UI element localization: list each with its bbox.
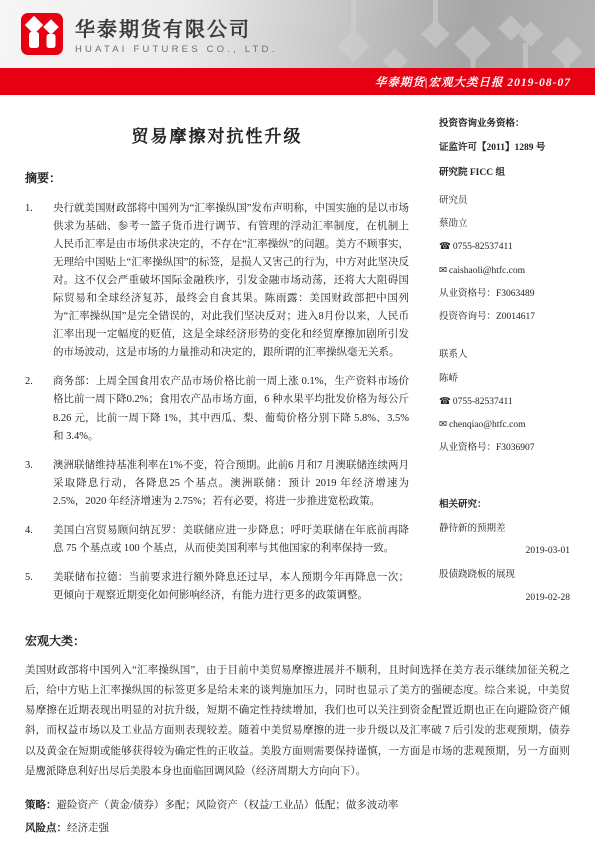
item-number: 1. xyxy=(25,200,53,362)
researcher-cert-number: 从业资格号：F3063489 xyxy=(439,287,570,301)
related-research-title: 股债跷跷板的展现 xyxy=(439,568,570,582)
item-text: 美联储布拉德：当前要求进行额外降息还过早，本人预期今年再降息一次；更倾向于观察近… xyxy=(53,569,409,605)
phone-icon: ☎ xyxy=(439,241,451,252)
contact-label: 联系人 xyxy=(439,348,570,362)
macro-paragraph: 美国财政部将中国列入“汇率操纵国”，由于目前中美贸易摩擦进展并不顺利，且时间选择… xyxy=(25,661,570,782)
header-pattern xyxy=(315,0,595,68)
abstract-item: 4. 美国白宫贸易顾问纳瓦罗：美联储应进一步降息；呼吁美联储在年底前再降息 75… xyxy=(25,522,409,558)
abstract-item: 1. 央行就美国财政部将中国列为“汇率操纵国”发布声明称，中国实施的是以市场供求… xyxy=(25,200,409,362)
macro-heading: 宏观大类： xyxy=(25,632,570,649)
abstract-item: 2. 商务部：上周全国食用农产品市场价格比前一周上涨 0.1%，生产资料市场价格… xyxy=(25,373,409,445)
email-address: caishaoli@htfc.com xyxy=(449,266,525,276)
researcher-phone: ☎0755-82537411 xyxy=(439,240,570,254)
contact-cert-number: 从业资格号：F3036907 xyxy=(439,441,570,455)
item-number: 3. xyxy=(25,457,53,511)
company-name-en: HUATAI FUTURES CO., LTD. xyxy=(75,44,277,55)
strategy-text: 避险资产（黄金/债券）多配；风险资产（权益/工业品）低配；做多波动率 xyxy=(57,800,399,811)
main-column: 贸易摩擦对抗性升级 摘要： 1. 央行就美国财政部将中国列为“汇率操纵国”发布声… xyxy=(25,95,409,616)
abstract-list: 1. 央行就美国财政部将中国列为“汇率操纵国”发布声明称，中国实施的是以市场供求… xyxy=(25,200,409,605)
report-banner-text: 华泰期货|宏观大类日报 2019-08-07 xyxy=(375,74,571,90)
researcher-name: 蔡劭立 xyxy=(439,217,570,231)
company-name: 华泰期货有限公司 xyxy=(75,13,277,42)
phone-number: 0755-82537411 xyxy=(453,242,513,252)
related-research-item: 静待新的预期差 2019-03-01 xyxy=(439,522,570,559)
risk-label: 风险点： xyxy=(25,823,67,834)
item-number: 2. xyxy=(25,373,53,445)
contact-phone: ☎0755-82537411 xyxy=(439,395,570,409)
mail-icon: ✉ xyxy=(439,419,447,430)
strategy-line: 策略：避险资产（黄金/债券）多配；风险资产（权益/工业品）低配；做多波动率 xyxy=(25,797,570,816)
page-title: 贸易摩擦对抗性升级 xyxy=(25,122,409,147)
related-research-item: 股债跷跷板的展现 2019-02-28 xyxy=(439,568,570,605)
researcher-label: 研究员 xyxy=(439,194,570,208)
strategy-label: 策略： xyxy=(25,800,57,811)
mail-icon: ✉ xyxy=(439,265,447,276)
related-research-heading: 相关研究： xyxy=(439,498,570,512)
abstract-heading: 摘要： xyxy=(25,169,409,186)
document-body: 贸易摩擦对抗性升级 摘要： 1. 央行就美国财政部将中国列为“汇率操纵国”发布声… xyxy=(0,95,595,839)
contact-name: 陈峤 xyxy=(439,372,570,386)
qualification-title: 投资咨询业务资格： xyxy=(439,117,570,131)
risk-line: 风险点：经济走强 xyxy=(25,820,570,839)
related-research-title: 静待新的预期差 xyxy=(439,522,570,536)
researcher-advisory-number: 投资咨询号：Z0014617 xyxy=(439,310,570,324)
item-text: 澳洲联储维持基准利率在1%不变，符合预期。此前6 月和7 月澳联储连续两月采取降… xyxy=(53,457,409,511)
huatai-logo-icon xyxy=(20,12,64,56)
item-text: 美国白宫贸易顾问纳瓦罗：美联储应进一步降息；呼吁美联储在年底前再降息 75 个基… xyxy=(53,522,409,558)
researcher-email: ✉caishaoli@htfc.com xyxy=(439,264,570,278)
research-team: 研究院 FICC 组 xyxy=(439,166,570,180)
report-banner: 华泰期货|宏观大类日报 2019-08-07 xyxy=(0,68,595,95)
related-research-date: 2019-03-01 xyxy=(439,544,570,558)
item-number: 4. xyxy=(25,522,53,558)
item-text: 商务部：上周全国食用农产品市场价格比前一周上涨 0.1%，生产资料市场价格比前一… xyxy=(53,373,409,445)
related-research-date: 2019-02-28 xyxy=(439,591,570,605)
qualification-number: 证监许可【2011】1289 号 xyxy=(439,141,570,155)
abstract-item: 3. 澳洲联储维持基准利率在1%不变，符合预期。此前6 月和7 月澳联储连续两月… xyxy=(25,457,409,511)
brand-block: 华泰期货有限公司 HUATAI FUTURES CO., LTD. xyxy=(20,12,277,56)
email-address: chenqiao@htfc.com xyxy=(449,420,526,430)
phone-number: 0755-82537411 xyxy=(453,397,513,407)
item-number: 5. xyxy=(25,569,53,605)
risk-text: 经济走强 xyxy=(67,823,109,834)
page-header: 华泰期货有限公司 HUATAI FUTURES CO., LTD. xyxy=(0,0,595,68)
item-text: 央行就美国财政部将中国列为“汇率操纵国”发布声明称，中国实施的是以市场供求为基础… xyxy=(53,200,409,362)
phone-icon: ☎ xyxy=(439,396,451,407)
contact-email: ✉chenqiao@htfc.com xyxy=(439,418,570,432)
abstract-item: 5. 美联储布拉德：当前要求进行额外降息还过早，本人预期今年再降息一次；更倾向于… xyxy=(25,569,409,605)
info-sidebar: 投资咨询业务资格： 证监许可【2011】1289 号 研究院 FICC 组 研究… xyxy=(409,95,570,616)
